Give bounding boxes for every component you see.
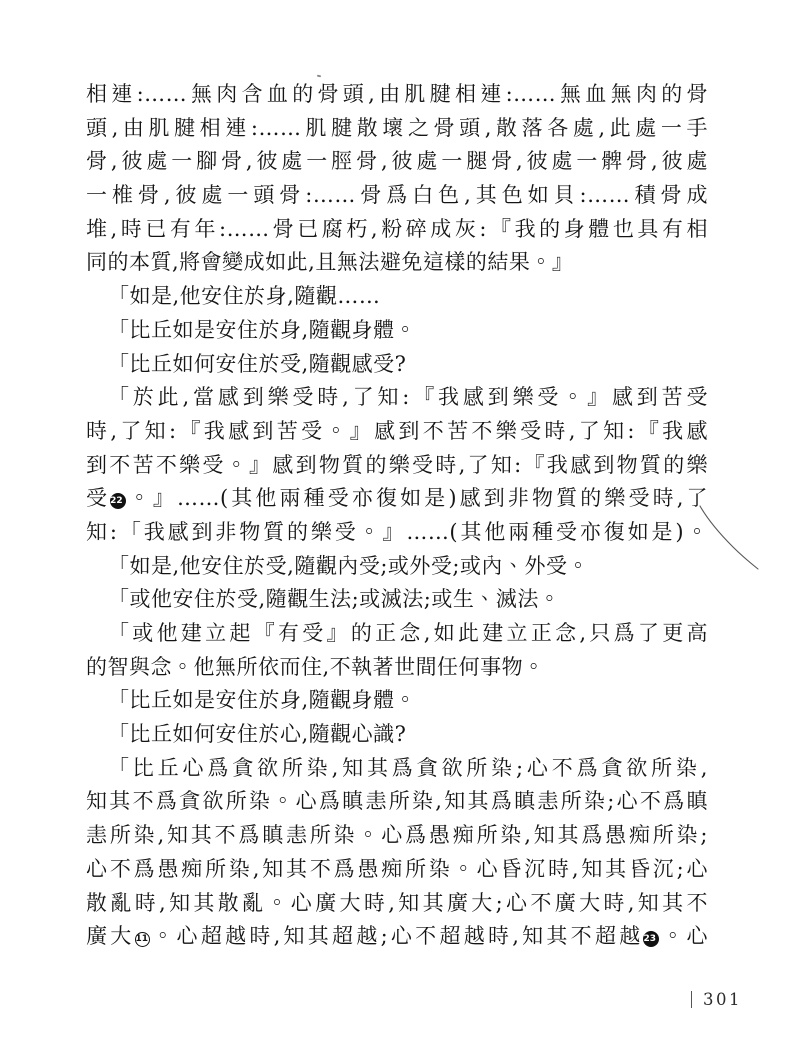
text-block: 相連:……無肉含血的骨頭,由肌腱相連:……無血無肉的骨頭,由肌腱相連:……肌腱散…: [86, 78, 708, 954]
text-line: 「比丘心爲貪欲所染,知其爲貪欲所染;心不爲貪欲所染,: [86, 752, 708, 786]
text-line: 的智與念。他無所依而住,不執著世間任何事物。: [86, 651, 708, 685]
text-line: 一椎骨,彼處一頭骨:……骨爲白色,其色如貝:……積骨成: [86, 179, 708, 213]
text-line: 「比丘如何安住於受,隨觀感受?: [86, 348, 708, 382]
text-line: 頭,由肌腱相連:……肌腱散壞之骨頭,散落各處,此處一手: [86, 112, 708, 146]
ink-speck: [317, 75, 321, 78]
text-line: 「比丘如是安住於身,隨觀身體。: [86, 314, 708, 348]
page-number-divider: [691, 991, 692, 1008]
text-line: 堆,時已有年:……骨已腐朽,粉碎成灰:『我的身體也具有相: [86, 213, 708, 247]
text-line: 「如是,他安住於受,隨觀內受;或外受;或內、外受。: [86, 550, 708, 584]
text-line: 時,了知:『我感到苦受。』感到不苦不樂受時,了知:『我感: [86, 415, 708, 449]
text-line: 同的本質,將會變成如此,且無法避免這樣的結果。』: [86, 246, 708, 280]
text-line: 恚所染,知其不爲瞋恚所染。心爲愚痴所染,知其爲愚痴所染;: [86, 819, 708, 853]
text-line: 知其不爲貪欲所染。心爲瞋恚所染,知其爲瞋恚所染;心不爲瞋: [86, 785, 708, 819]
footnote-marker: 22: [110, 493, 126, 509]
text-line: 到不苦不樂受。』感到物質的樂受時,了知:『我感到物質的樂: [86, 449, 708, 483]
text-line: 「或他安住於受,隨觀生法;或滅法;或生、滅法。: [86, 583, 708, 617]
text-line: 骨,彼處一腳骨,彼處一脛骨,彼處一腿骨,彼處一髀骨,彼處: [86, 145, 708, 179]
text-line: 廣大11。心超越時,知其超越;心不超越時,知其不超越23。心: [86, 920, 708, 954]
text-line: 相連:……無肉含血的骨頭,由肌腱相連:……無血無肉的骨: [86, 78, 708, 112]
text-line: 「比丘如是安住於身,隨觀身體。: [86, 684, 708, 718]
text-line: 「如是,他安住於身,隨觀……: [86, 280, 708, 314]
page-number-value: 301: [703, 990, 742, 1009]
text-line: 知:「我感到非物質的樂受。』……(其他兩種受亦復如是)。: [86, 516, 708, 550]
text-line: 「或他建立起『有受』的正念,如此建立正念,只爲了更高: [86, 617, 708, 651]
page-number: 301: [691, 990, 742, 1009]
text-line: 受22。』……(其他兩種受亦復如是)感到非物質的樂受時,了: [86, 482, 708, 516]
text-line: 「於此,當感到樂受時,了知:『我感到樂受。』感到苦受: [86, 381, 708, 415]
text-line: 散亂時,知其散亂。心廣大時,知其廣大;心不廣大時,知其不: [86, 887, 708, 921]
footnote-marker: 11: [135, 932, 150, 947]
text-line: 心不爲愚痴所染,知其不爲愚痴所染。心昏沉時,知其昏沉;心: [86, 853, 708, 887]
text-line: 「比丘如何安住於心,隨觀心識?: [86, 718, 708, 752]
footnote-marker: 23: [643, 931, 659, 947]
book-page: 相連:……無肉含血的骨頭,由肌腱相連:……無血無肉的骨頭,由肌腱相連:……肌腱散…: [0, 0, 792, 1056]
